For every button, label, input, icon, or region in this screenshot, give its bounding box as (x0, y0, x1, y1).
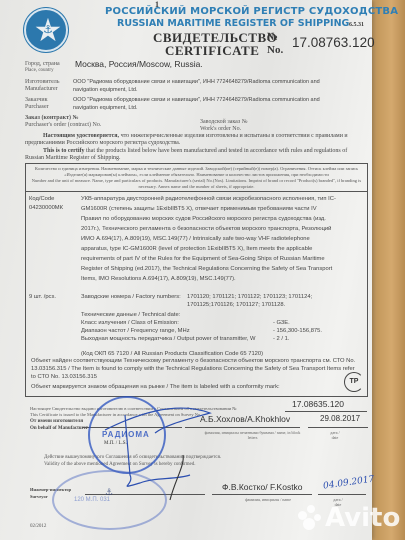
form-code: 6.5.31 (349, 22, 364, 28)
place-value: Москва, Россия/Moscow, Russia. (75, 59, 203, 69)
purchaser-label-en: Purchaser (25, 104, 49, 110)
manufacturer-label-en: Manufacturer (25, 86, 58, 92)
manufacturer-date: 29.08.2017 (320, 414, 360, 423)
table-header: Количество и единица измерения. Наименов… (26, 164, 367, 192)
purchaser-value: ООО "Радиома оборудование связи и навига… (73, 96, 343, 112)
product-description: УКВ-аппаратура двусторонней радиотелефон… (81, 194, 336, 284)
date-line-surveyor (318, 494, 366, 495)
certify-en: This is to certify that the products lis… (25, 148, 367, 162)
on-behalf-label-en: On behalf of Manufacturer (30, 426, 88, 431)
form-date: 02/2012 (30, 524, 46, 529)
works-order-label-ru: Заводской заказ № (200, 119, 247, 125)
purchaser-label-ru: Заказчик (25, 97, 48, 103)
factory-numbers-label: Заводские номера / Factory numbers: (81, 292, 181, 302)
order-label-en: Purchaser's order (contract) No. (25, 122, 101, 128)
org-name-ru: РОССИЙСКИЙ МОРСКОЙ РЕГИСТР СУДОХОДСТВА (105, 6, 398, 17)
factory-numbers-line2: 1701125;1701126; 1701127; 1701128. (187, 300, 285, 310)
certify-ru: Настоящим удостоверяется, что нижеперечи… (25, 133, 367, 147)
products-table: Количество и единица измерения. Наименов… (25, 163, 368, 397)
avito-logo-icon (298, 505, 322, 529)
conformity-mark-label: TP (350, 378, 359, 385)
place-label-en: Place, country (25, 68, 54, 73)
place-label-ru: Город, страна (25, 61, 60, 67)
number-label-en: No. (267, 44, 283, 56)
certify-en-bold: This is to certify (43, 148, 85, 154)
manufacturer-value: ООО "Радиома оборудование связи и навига… (73, 78, 343, 94)
org-name-en: RUSSIAN MARITIME REGISTER OF SHIPPING (117, 18, 349, 29)
surveyor-date-handwritten: 04.09.2017 (323, 474, 375, 491)
order-label-ru: Заказ (контракт) № (25, 115, 79, 121)
certificate-document: ★ ⚓ 1 РОССИЙСКИЙ МОРСКОЙ РЕГИСТР СУДОХОД… (0, 0, 372, 540)
date-caption: дата / date (328, 430, 342, 440)
date-line-manufacturer (308, 427, 368, 428)
signature-scribbles-icon (95, 395, 245, 505)
tech-power-value: - 2 / 1. (273, 334, 289, 344)
surveyor-name-caption: фамилия, инициалы / name (238, 497, 298, 502)
rmrs-logo: ★ ⚓ (24, 8, 68, 52)
certificate-title-en: CERTIFICATE (165, 43, 259, 59)
anchor-icon: ⚓ (41, 23, 55, 37)
manufacturer-label-ru: Изготовитель (25, 79, 60, 85)
surveyor-label-en: Surveyor (30, 494, 48, 499)
agreement-number: 17.08635.120 (292, 399, 344, 409)
certify-ru-bold: Настоящим удостоверяется, (43, 133, 119, 139)
certificate-number: 17.08763.120 (292, 35, 375, 50)
on-behalf-label-ru: От имени изготовителя (30, 419, 83, 424)
works-order-label-en: Work's order No. (200, 126, 241, 132)
eac-tr-conformity-mark-icon: TP (344, 372, 364, 392)
avito-watermark: Avito (325, 503, 400, 533)
tech-power-label: Выходная мощность передатчика / Output p… (81, 334, 256, 344)
agreement-line (285, 411, 367, 412)
conformity-marking-text: Объект маркируется знаком обращения на р… (31, 382, 280, 392)
number-label-ru: № (267, 31, 278, 43)
table-header-ru: Количество и единица измерения. Наименов… (26, 166, 367, 178)
table-header-en: Number and the unit of measure. Name, ty… (26, 178, 367, 190)
compliance-statement: Объект найден соответствующим Техническо… (31, 357, 361, 381)
quantity: 9 шт. /pcs. (29, 292, 56, 302)
code-value: 04230000МК (29, 203, 63, 213)
